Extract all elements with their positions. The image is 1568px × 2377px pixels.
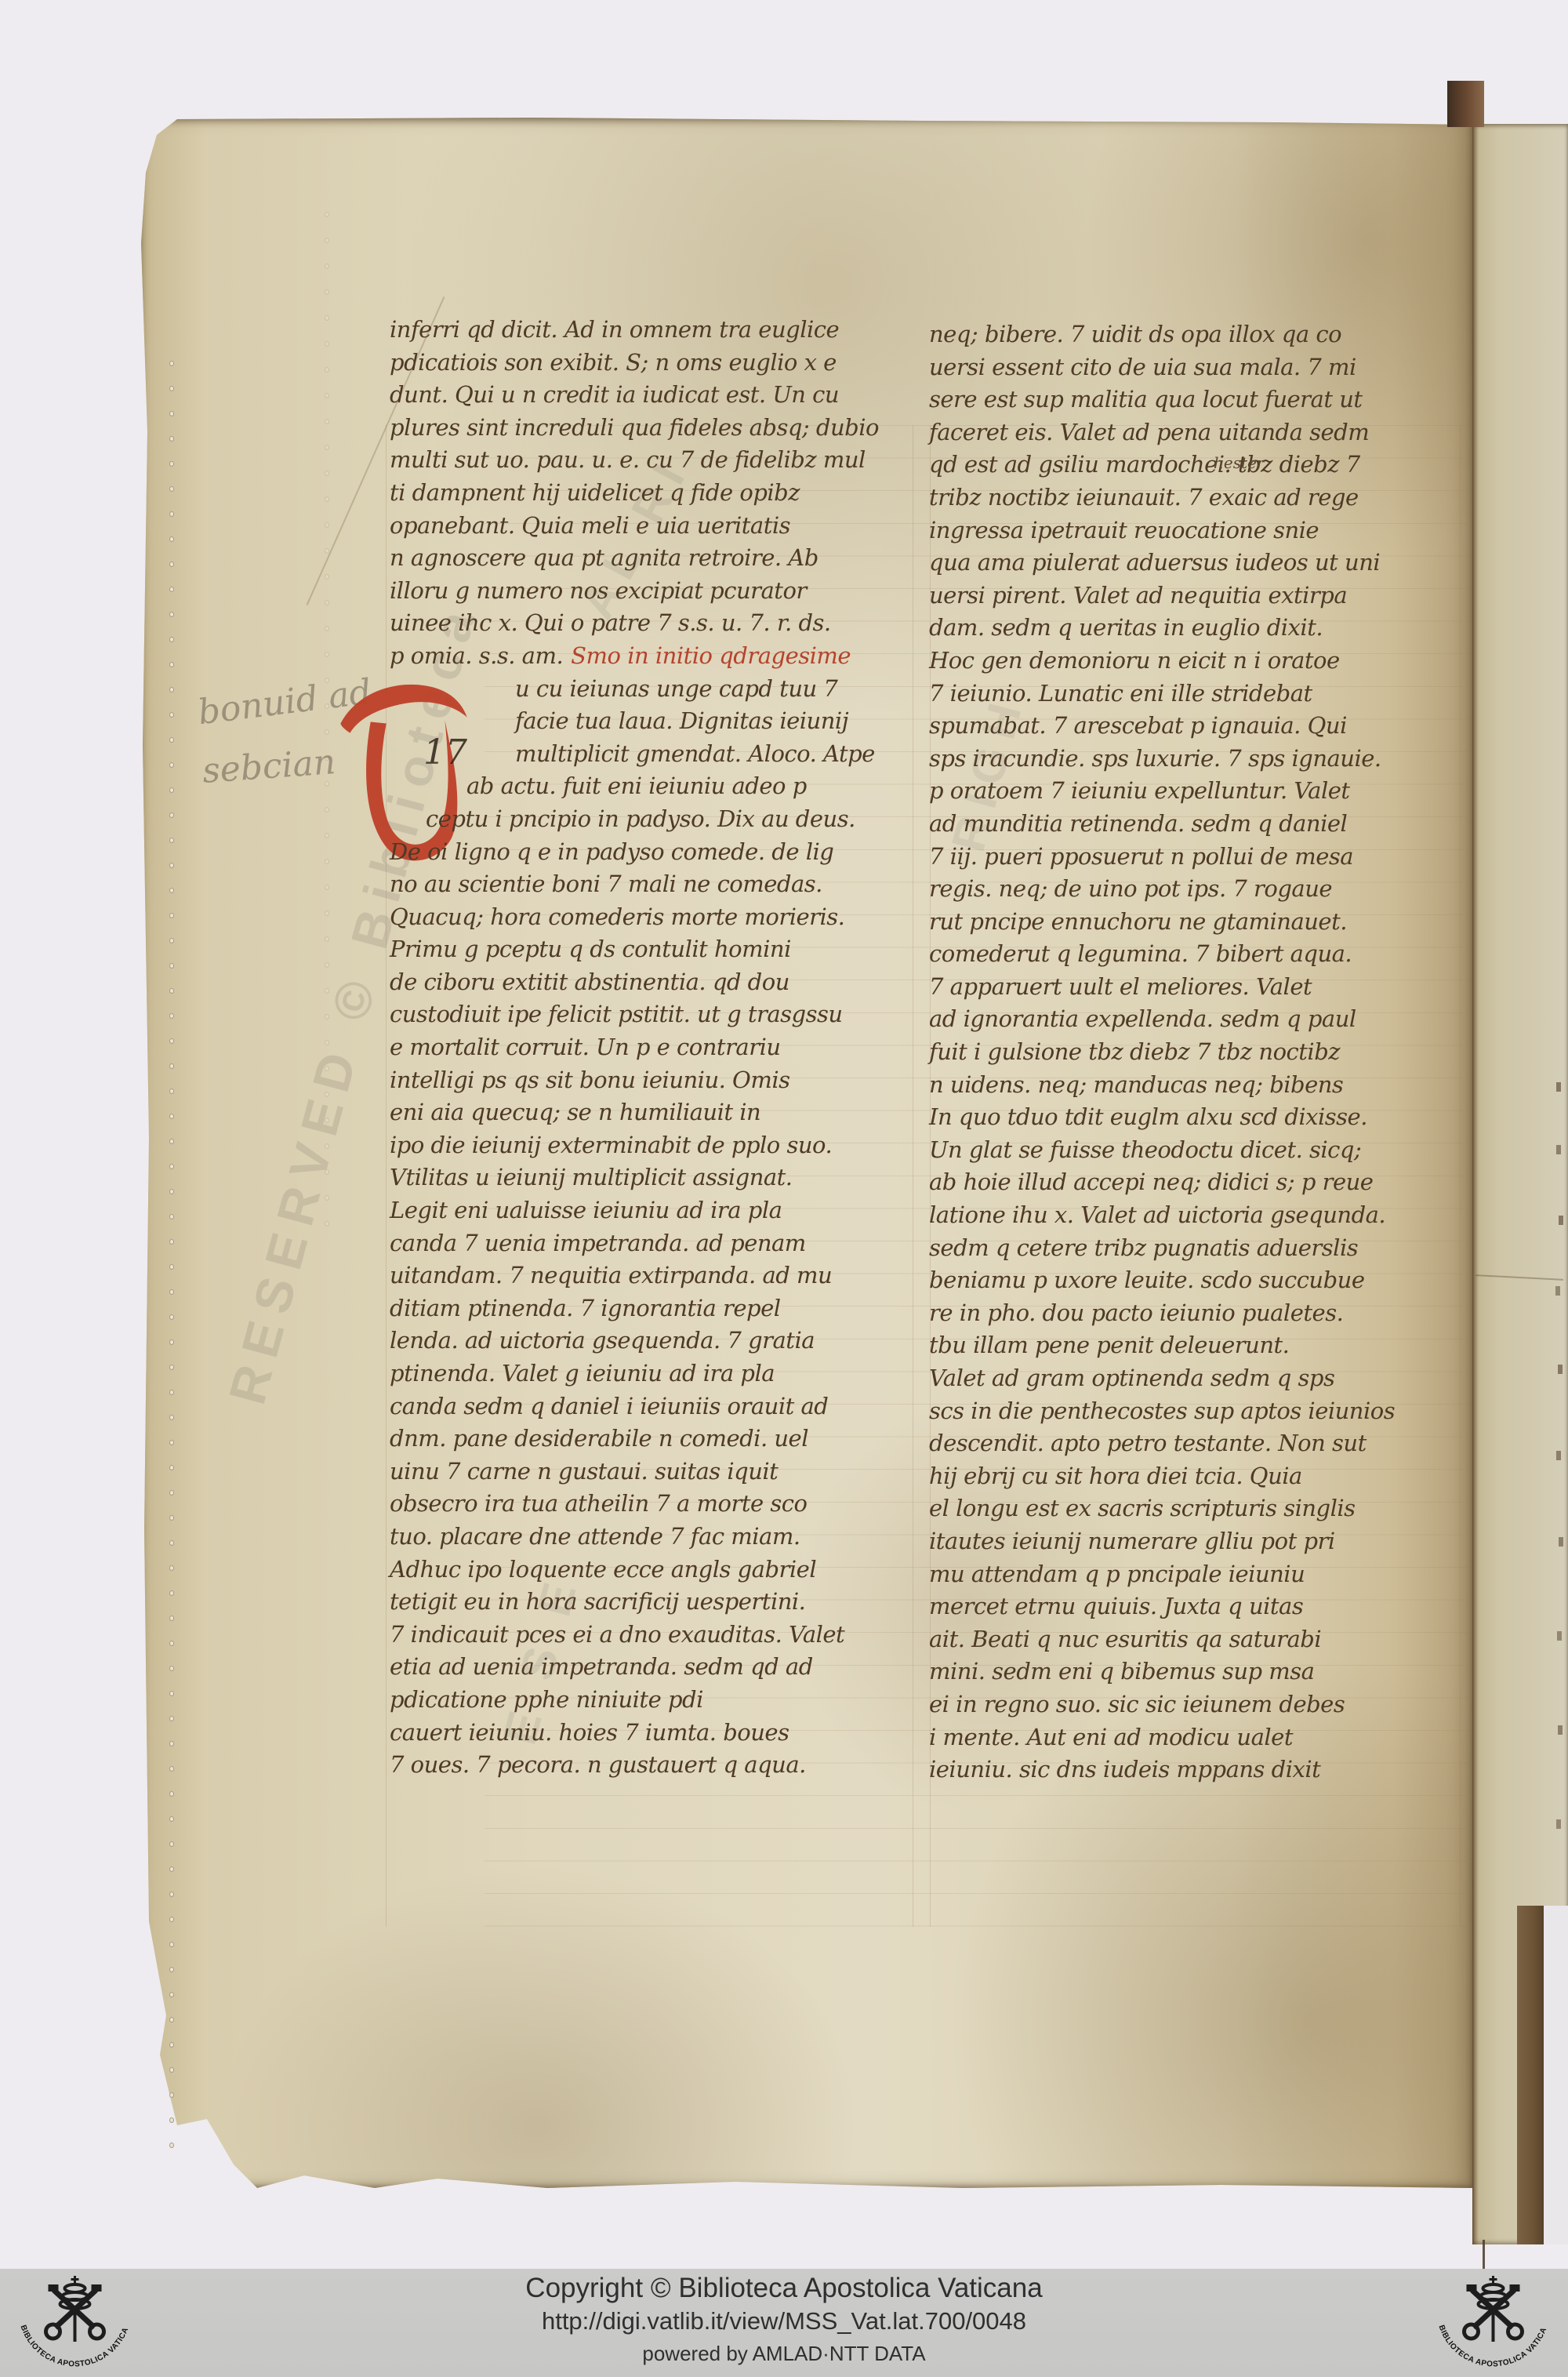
- pricking-hole: [169, 1239, 174, 1245]
- manuscript-text-line: facie tua laua. Dignitas ieiunij: [390, 705, 911, 738]
- pricking-hole: [169, 1917, 174, 1922]
- manuscript-text-line: mini. sedm eni q bibemus sup msa: [929, 1656, 1458, 1688]
- pricking-hole: [169, 838, 174, 843]
- manuscript-text-line: scs in die penthecostes sup aptos ieiuni…: [929, 1395, 1458, 1428]
- pricking-hole: [169, 2067, 174, 2073]
- pricking-hole: [169, 1189, 174, 1194]
- pricking-hole: [169, 612, 174, 617]
- manuscript-text-line: beniamu p uxore leuite. scdo succubue: [929, 1264, 1458, 1297]
- manuscript-text-line: 7 apparuert uult el meliores. Valet: [929, 971, 1458, 1004]
- pricking-hole: [169, 1339, 174, 1345]
- manuscript-text-line: tuo. placare dne attende 7 fac miam.: [390, 1521, 911, 1554]
- pricking-hole: [169, 1264, 174, 1270]
- pricking-hole: [169, 1465, 174, 1470]
- manuscript-text-line: ab hoie illud accepi neq; didici s; p re…: [929, 1166, 1458, 1199]
- manuscript-text-line: Hoc gen demonioru n eicit n i oratoe: [929, 645, 1458, 678]
- manuscript-text-line: cauert ieiuniu. hoies 7 iumta. boues: [390, 1717, 911, 1750]
- pricking-hole: [169, 1089, 174, 1094]
- pricking-hole: [169, 812, 174, 818]
- pricking-hole: [325, 445, 329, 450]
- manuscript-text-line: ptinenda. Valet g ieiuniu ad ira pla: [390, 1358, 911, 1390]
- pricking-hole: [169, 1741, 174, 1746]
- interlinear-gloss: hester: [1214, 453, 1264, 472]
- pricking-hole: [169, 888, 174, 893]
- manuscript-text-line: opanebant. Quia meli e uia ueritatis: [390, 510, 911, 543]
- manuscript-text-line: el longu est ex sacris scripturis singli…: [929, 1492, 1458, 1525]
- pricking-hole: [325, 936, 329, 942]
- pricking-hole: [169, 1214, 174, 1219]
- spine-notch: [1447, 81, 1484, 127]
- pricking-hole: [169, 1390, 174, 1395]
- pricking-hole: [169, 486, 174, 492]
- pricking-hole: [325, 393, 329, 398]
- footer-url: http://digi.vatlib.it/view/MSS_Vat.lat.7…: [0, 2307, 1568, 2335]
- footer-powered-by: powered by AMLAD·NTT DATA: [0, 2342, 1568, 2366]
- logo-label: BIBLIOTECA APOSTOLICA VATICANA: [14, 2274, 130, 2369]
- pricking-hole: [325, 1066, 329, 1071]
- pricking-hole: [169, 1365, 174, 1370]
- pricking-hole: [325, 1118, 329, 1123]
- pricking-hole: [169, 2117, 174, 2123]
- manuscript-text-line: e mortalit corruit. Un p e contrariu: [390, 1031, 911, 1064]
- manuscript-text-line: Valet ad gram optinenda sedm q sps: [929, 1362, 1458, 1395]
- manuscript-text-line: re in pho. dou pacto ieiunio pualetes.: [929, 1297, 1458, 1330]
- pricking-hole: [169, 562, 174, 567]
- pricking-hole: [169, 1616, 174, 1621]
- manuscript-text-line: faceret eis. Valet ad pena uitanda sedm: [929, 416, 1458, 449]
- manuscript-text-line: plures sint increduli qua fideles absq; …: [390, 412, 911, 445]
- manuscript-text-line: multi sut uo. pau. u. e. cu 7 de fidelib…: [390, 444, 911, 477]
- pricking-hole: [325, 548, 329, 554]
- manuscript-text-line: multiplicit gmendat. Aloco. Atpe: [390, 738, 911, 771]
- manuscript-text-line: eni aia quecuq; se n humiliauit in: [390, 1096, 911, 1129]
- pricking-hole: [169, 1440, 174, 1445]
- pricking-hole: [169, 963, 174, 969]
- pricking-hole: [169, 637, 174, 642]
- manuscript-text-line: obsecro ira tua atheilin 7 a morte sco: [390, 1488, 911, 1521]
- page-edge-gap: [1544, 1906, 1568, 2244]
- manuscript-text-line: canda sedm q daniel i ieiuniis orauit ad: [390, 1390, 911, 1423]
- manuscript-text-line: uersi essent cito de uia sua mala. 7 mi: [929, 351, 1458, 384]
- pricking-hole: [169, 411, 174, 416]
- pricking-hole: [325, 1040, 329, 1045]
- pricking-hole: [169, 687, 174, 692]
- manuscript-text-line: tribz noctibz ieiunauit. 7 exaic ad rege: [929, 482, 1458, 514]
- pricking-hole: [325, 1014, 329, 1019]
- manuscript-text-line: In quo tduo tdit euglm alxu scd dixisse.: [929, 1101, 1458, 1134]
- manuscript-text-line: tbu illam pene penit deleuerunt.: [929, 1329, 1458, 1362]
- vatican-library-logo-left: BIBLIOTECA APOSTOLICA VATICANA: [14, 2274, 136, 2372]
- pricking-hole: [169, 1666, 174, 1671]
- pricking-hole: [169, 988, 174, 994]
- manuscript-text-line: Legit eni ualuisse ieiuniu ad ira pla: [390, 1194, 911, 1227]
- pricking-hole: [325, 833, 329, 838]
- pricking-hole: [169, 461, 174, 467]
- pricking-hole: [325, 859, 329, 864]
- pricking-hole: [169, 1490, 174, 1496]
- manuscript-text-line: spumabat. 7 arescebat p ignauia. Qui: [929, 710, 1458, 743]
- pricking-hole: [169, 1540, 174, 1546]
- pricking-hole: [169, 1314, 174, 1320]
- column-rule: [913, 425, 913, 1927]
- pricking-hole: [169, 1164, 174, 1169]
- pricking-hole: [169, 1114, 174, 1119]
- left-text-column: inferri qd dicit. Ad in omnem tra euglic…: [390, 314, 911, 1782]
- manuscript-text-line: ad ignorantia expellenda. sedm q paul: [929, 1003, 1458, 1036]
- pricking-hole: [169, 1841, 174, 1847]
- pricking-hole: [325, 652, 329, 657]
- manuscript-text-line: fuit i gulsione tbz diebz 7 tbz noctibz: [929, 1036, 1458, 1069]
- manuscript-text-line: n agnoscere qua pt agnita retroire. Ab: [390, 542, 911, 575]
- manuscript-text-line: pdicatione pphe niniuite pdi: [390, 1684, 911, 1717]
- manuscript-text-line: p oratoem 7 ieiuniu expelluntur. Valet: [929, 775, 1458, 808]
- pricking-hole: [325, 289, 329, 295]
- pricking-hole: [169, 737, 174, 743]
- manuscript-text-line: qd est ad gsiliu mardochei. tbz diebz 7: [929, 449, 1458, 482]
- pricking-hole: [325, 807, 329, 812]
- manuscript-text-line: De oi ligno q e in padyso comede. de lig: [390, 836, 911, 869]
- manuscript-text-line: n uidens. neq; manducas neq; bibens: [929, 1069, 1458, 1102]
- pricking-hole: [325, 238, 329, 243]
- pricking-hole: [325, 315, 329, 321]
- manuscript-text-line: sedm q cetere tribz pugnatis aduerslis: [929, 1232, 1458, 1265]
- pricking-hole: [169, 1866, 174, 1872]
- pricking-hole: [169, 1415, 174, 1420]
- manuscript-text-line: descendit. apto petro testante. Non sut: [929, 1427, 1458, 1460]
- svg-text:BIBLIOTECA APOSTOLICA VATICANA: BIBLIOTECA APOSTOLICA VATICANA: [1432, 2274, 1548, 2369]
- pricking-hole: [169, 1942, 174, 1947]
- manuscript-text-line: comederut q legumina. 7 bibert aqua.: [929, 938, 1458, 971]
- manuscript-text-line: uersi pirent. Valet ad nequitia extirpa: [929, 580, 1458, 612]
- manuscript-text-line: 7 oues. 7 pecora. n gustauert q aqua.: [390, 1749, 911, 1782]
- pricking-hole: [325, 1169, 329, 1175]
- manuscript-text-line: ti dampnent hij uidelicet q fide opibz: [390, 477, 911, 510]
- manuscript-text-line: inferri qd dicit. Ad in omnem tra euglic…: [390, 314, 911, 347]
- pricking-hole: [169, 2017, 174, 2023]
- pricking-hole: [169, 863, 174, 868]
- manuscript-text-line: latione ihu x. Valet ad uictoria gseqund…: [929, 1199, 1458, 1232]
- right-text-column: neq; bibere. 7 uidit ds opa illox qa cou…: [929, 318, 1458, 1786]
- pricking-hole: [325, 341, 329, 347]
- manuscript-text-line: hij ebrij cu sit hora diei tcia. Quia: [929, 1460, 1458, 1493]
- manuscript-text-line: uinee ihc x. Qui o patre 7 s.s. u. 7. r.…: [390, 607, 911, 640]
- manuscript-text-line: uinu 7 carne n gustaui. suitas iquit: [390, 1456, 911, 1488]
- manuscript-text-line: dnm. pane desiderabile n comedi. uel: [390, 1423, 911, 1456]
- pricking-hole: [325, 522, 329, 528]
- pricking-hole: [325, 729, 329, 735]
- pricking-hole: [169, 712, 174, 718]
- manuscript-text-line: custodiuit ipe felicit pstitit. ut g tra…: [390, 998, 911, 1031]
- manuscript-text-line: pdicatiois son exibit. S; n oms euglio x…: [390, 347, 911, 380]
- manuscript-text-line: de ciboru extitit abstinentia. qd dou: [390, 966, 911, 999]
- footer-copyright: Copyright © Biblioteca Apostolica Vatica…: [0, 2273, 1568, 2304]
- logo-label: BIBLIOTECA APOSTOLICA VATICANA: [1432, 2274, 1548, 2369]
- manuscript-text-line: mu attendam q p pncipale ieiuniu: [929, 1558, 1458, 1591]
- vatican-library-logo-right: BIBLIOTECA APOSTOLICA VATICANA: [1432, 2274, 1554, 2372]
- manuscript-text-line: ab actu. fuit eni ieiuniu adeo p: [390, 770, 911, 803]
- pricking-hole: [169, 2092, 174, 2098]
- pricking-hole: [169, 1691, 174, 1696]
- rubric-prefix: p omia. s.s. am.: [390, 642, 563, 669]
- rubric-red-title: Smo in initio qdragesime: [571, 642, 851, 669]
- pricking-hole: [169, 1766, 174, 1772]
- pricking-hole: [169, 2143, 174, 2148]
- manuscript-text-line: ceptu i pncipio in padyso. Dix au deus.: [390, 803, 911, 836]
- pricking-hole: [169, 511, 174, 517]
- manuscript-text-line: 7 indicauit pces ei a dno exauditas. Val…: [390, 1619, 911, 1652]
- footer-bar: Copyright © Biblioteca Apostolica Vatica…: [0, 2269, 1568, 2377]
- pricking-hole: [325, 1143, 329, 1149]
- pricking-hole: [169, 1590, 174, 1596]
- pricking-hole: [169, 1992, 174, 1997]
- manuscript-text-line: u cu ieiunas unge capd tuu 7: [390, 673, 911, 706]
- pricking-hole: [325, 212, 329, 217]
- pricking-hole: [325, 962, 329, 968]
- pricking-hole: [325, 496, 329, 502]
- pricking-hole: [169, 1515, 174, 1521]
- manuscript-text-line: illoru g numero nos excipiat pcurator: [390, 575, 911, 608]
- pricking-hole: [325, 367, 329, 373]
- manuscript-text-line: i mente. Aut eni ad modicu ualet: [929, 1721, 1458, 1754]
- manuscript-text-line: etia ad uenia impetranda. sedm qd ad: [390, 1651, 911, 1684]
- svg-text:BIBLIOTECA APOSTOLICA VATICANA: BIBLIOTECA APOSTOLICA VATICANA: [14, 2274, 130, 2369]
- next-page-ink-marks: [1556, 1082, 1561, 1092]
- pricking-hole: [169, 1139, 174, 1144]
- pricking-hole: [325, 626, 329, 631]
- column-rule: [1460, 425, 1461, 1927]
- manuscript-text-line: dunt. Qui u n credit ia iudicat est. Un …: [390, 379, 911, 412]
- pricking-hole: [169, 1013, 174, 1019]
- pricking-hole: [169, 662, 174, 667]
- manuscript-text-line: Vtilitas u ieiunij multiplicit assignat.: [390, 1161, 911, 1194]
- manuscript-text-line: Un glat se fuisse theodoctu dicet. sicq;: [929, 1134, 1458, 1167]
- manuscript-text-line: regis. neq; de uino pot ips. 7 rogaue: [929, 873, 1458, 906]
- manuscript-text-line: itautes ieiunij numerare glliu pot pri: [929, 1525, 1458, 1558]
- pricking-hole: [169, 1816, 174, 1822]
- manuscript-text-line: ipo die ieiunij exterminabit de pplo suo…: [390, 1129, 911, 1162]
- pricking-hole: [169, 1967, 174, 1972]
- binding-edge: [1517, 1906, 1544, 2244]
- manuscript-text-line: ad munditia retinenda. sedm q daniel: [929, 808, 1458, 841]
- column-rule: [386, 425, 387, 1927]
- pricking-hole: [169, 762, 174, 768]
- manuscript-text-line: qua ama piulerat aduersus iudeos ut uni: [929, 547, 1458, 580]
- pricking-hole: [169, 1038, 174, 1044]
- pricking-hole: [325, 471, 329, 476]
- pricking-hole: [169, 536, 174, 542]
- manuscript-text-line: rut pncipe ennuchoru ne gtaminauet.: [929, 906, 1458, 939]
- manuscript-text-line: tetigit eu in hora sacrificij uespertini…: [390, 1586, 911, 1619]
- manuscript-text-line: intelligi ps qs sit bonu ieiuniu. Omis: [390, 1064, 911, 1097]
- manuscript-text-line: mercet etrnu quiuis. Juxta q uitas: [929, 1590, 1458, 1623]
- pricking-hole: [325, 1221, 329, 1227]
- pricking-hole: [169, 1892, 174, 1897]
- manuscript-text-line: sere est sup malitia qua locut fuerat ut: [929, 383, 1458, 416]
- pricking-hole: [169, 1791, 174, 1797]
- pricking-hole: [169, 386, 174, 391]
- manuscript-text-line: sps iracundie. sps luxurie. 7 sps ignaui…: [929, 743, 1458, 776]
- pricking-hole: [325, 988, 329, 994]
- pricking-hole: [325, 419, 329, 424]
- pricking-hole: [169, 1565, 174, 1571]
- manuscript-text-line: Quacuq; hora comederis morte morieris.: [390, 901, 911, 934]
- photo-backdrop: RESERVED © BibliotecaAL RIRIGHE S E bonu…: [0, 0, 1568, 2377]
- pricking-hole: [325, 885, 329, 890]
- pricking-hole: [169, 1716, 174, 1721]
- pricking-hole: [325, 574, 329, 580]
- manuscript-text-line: canda 7 uenia impetranda. ad penam: [390, 1227, 911, 1260]
- manuscript-text-line: no au scientie boni 7 mali ne comedas.: [390, 868, 911, 901]
- manuscript-text-line: dam. sedm q ueritas in euglio dixit.: [929, 612, 1458, 645]
- manuscript-text-line: ieiuniu. sic dns iudeis mppans dixit: [929, 1754, 1458, 1786]
- manuscript-text-line: uitandam. 7 nequitia extirpanda. ad mu: [390, 1259, 911, 1292]
- pricking-hole: [325, 1195, 329, 1201]
- rubric-line: p omia. s.s. am.Smo in initio qdragesime: [390, 640, 911, 673]
- pricking-hole: [169, 913, 174, 918]
- pricking-hole: [169, 787, 174, 793]
- pricking-hole: [169, 938, 174, 943]
- manuscript-text-line: lenda. ad uictoria gsequenda. 7 gratia: [390, 1325, 911, 1358]
- pricking-hole: [169, 1289, 174, 1295]
- pricking-hole: [325, 600, 329, 605]
- pricking-hole: [169, 361, 174, 366]
- manuscript-text-line: neq; bibere. 7 uidit ds opa illox qa co: [929, 318, 1458, 351]
- manuscript-text-line: 7 iij. pueri pposuerut n pollui de mesa: [929, 841, 1458, 874]
- manuscript-text-line: Primu g pceptu q ds contulit homini: [390, 933, 911, 966]
- pricking-hole: [325, 264, 329, 269]
- manuscript-text-line: ei in regno suo. sic sic ieiunem debes: [929, 1688, 1458, 1721]
- manuscript-text-line: Adhuc ipo loquente ecce angls gabriel: [390, 1554, 911, 1586]
- manuscript-text-line: ingressa ipetrauit reuocatione snie: [929, 514, 1458, 547]
- pricking-hole: [325, 910, 329, 916]
- manuscript-text-line: 7 ieiunio. Lunatic eni ille stridebat: [929, 678, 1458, 711]
- manuscript-text-line: ditiam ptinenda. 7 ignorantia repel: [390, 1292, 911, 1325]
- manuscript-text-line: ait. Beati q nuc esuritis qa saturabi: [929, 1623, 1458, 1656]
- pricking-hole: [169, 2042, 174, 2048]
- pricking-hole: [169, 1641, 174, 1646]
- pricking-hole: [325, 1092, 329, 1097]
- pricking-hole: [169, 587, 174, 592]
- pricking-hole: [169, 1063, 174, 1069]
- pricking-hole: [169, 436, 174, 442]
